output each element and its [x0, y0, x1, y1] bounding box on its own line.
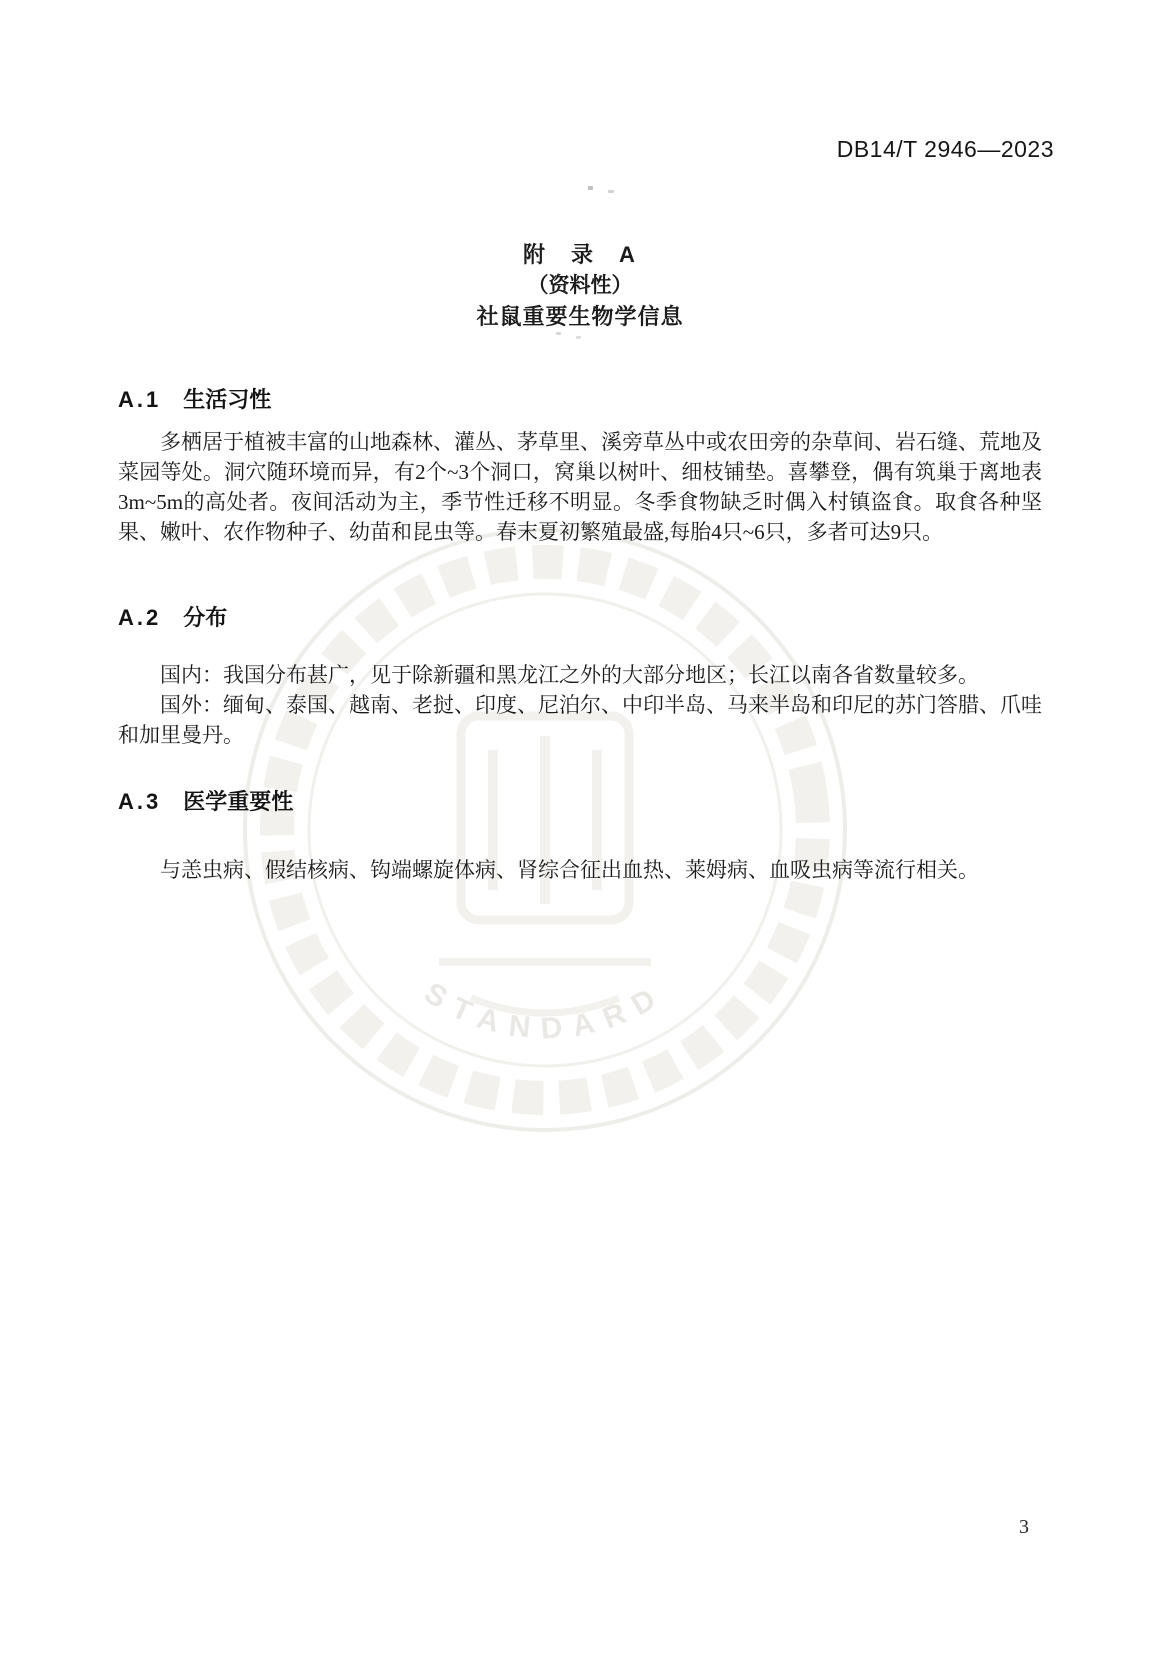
section-number: A.3	[118, 789, 161, 814]
appendix-type-note: （资料性）	[0, 270, 1160, 301]
section-heading-a1: A.1生活习性	[118, 386, 1042, 414]
paragraph-distribution-domestic: 国内：我国分布甚广，见于除新疆和黑龙江之外的大部分地区；长江以南各省数量较多。	[118, 660, 1042, 690]
scan-artifact	[588, 186, 593, 190]
paragraph-distribution-foreign: 国外：缅甸、泰国、越南、老挝、印度、尼泊尔、中印半岛、马来半岛和印尼的苏门答腊、…	[118, 690, 1042, 750]
paragraph-habits: 多栖居于植被丰富的山地森林、灌丛、茅草里、溪旁草丛中或农田旁的杂草间、岩石缝、荒…	[118, 427, 1042, 547]
appendix-title: 附 录 A	[0, 239, 1160, 270]
section-number: A.2	[118, 605, 161, 630]
scan-artifact	[608, 190, 614, 193]
section-heading-a3: A.3医学重要性	[118, 788, 1042, 816]
appendix-subject: 社鼠重要生物学信息	[0, 301, 1160, 332]
section-number: A.1	[118, 387, 161, 412]
scan-artifact	[576, 336, 581, 339]
paragraph-medical-importance: 与恙虫病、假结核病、钩端螺旋体病、肾综合征出血热、莱姆病、血吸虫病等流行相关。	[118, 855, 1042, 885]
svg-text:STANDARD: STANDARD	[418, 976, 671, 1045]
section-heading-a2: A.2分布	[118, 604, 1042, 632]
document-page: STANDARD DB14/T 2946—2023 附 录 A （资料性） 社鼠…	[0, 0, 1160, 1661]
section-title: 生活习性	[183, 387, 271, 412]
doc-code: DB14/T 2946—2023	[837, 136, 1054, 162]
watermark-arc-text: STANDARD	[418, 976, 671, 1045]
section-title: 医学重要性	[183, 789, 293, 814]
scan-artifact	[556, 332, 561, 335]
appendix-title-block: 附 录 A （资料性） 社鼠重要生物学信息	[0, 239, 1160, 332]
doc-header: DB14/T 2946—2023	[837, 134, 1054, 164]
section-title: 分布	[183, 605, 227, 630]
page-number: 3	[1004, 1516, 1044, 1539]
